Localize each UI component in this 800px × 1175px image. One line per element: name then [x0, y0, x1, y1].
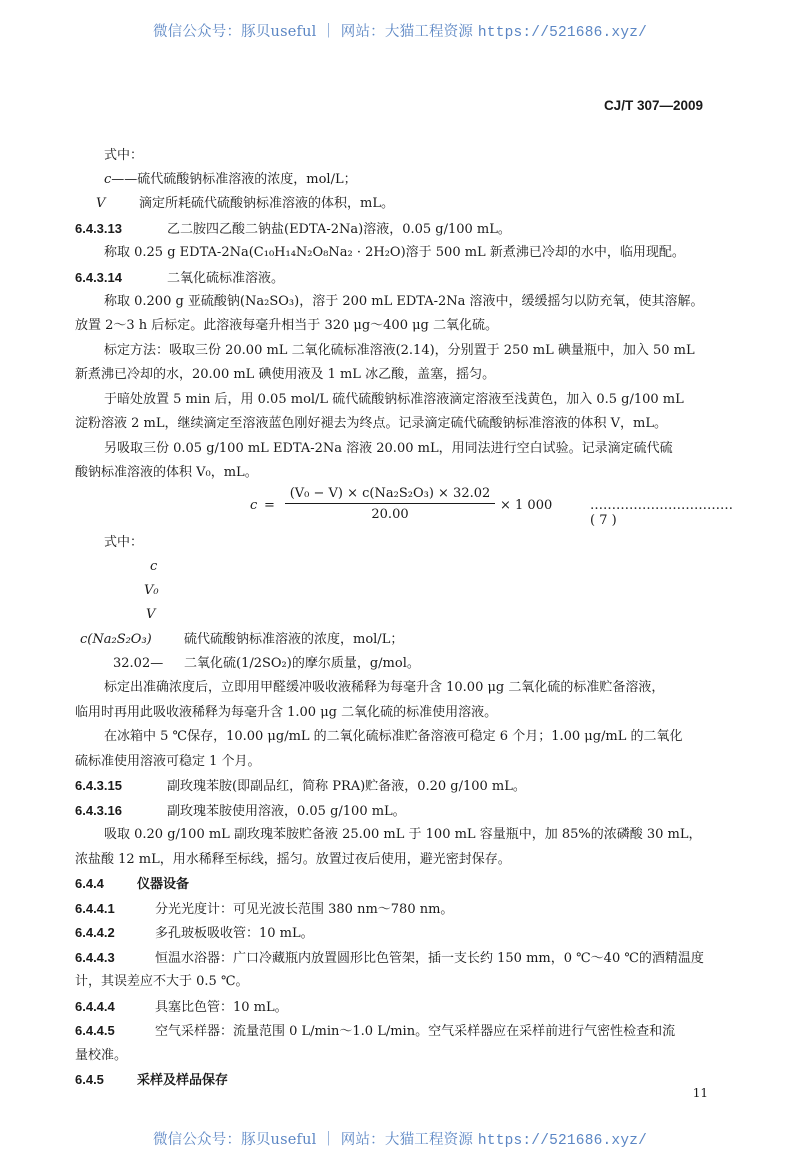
- watermark-url: https://521686.xyz/: [478, 1133, 647, 1149]
- section-6-4-4-1: 6.4.4.1分光光度计：可见光波长范围 380 nm～780 nm。: [75, 899, 725, 920]
- symbol: 32.02—: [113, 654, 163, 674]
- section-6-4-4-2: 6.4.4.2多孔玻板吸收管：10 mL。: [75, 923, 725, 944]
- watermark-text: 微信公众号：豚贝useful ｜ 网站：大猫工程资源: [153, 1132, 478, 1148]
- paragraph-line: 临用时再用此吸收液稀释为每毫升含 1.00 μg 二氧化硫的标准使用溶液。: [75, 703, 725, 723]
- formula-multiplier: × 1 000: [500, 498, 552, 513]
- symbol: V: [146, 605, 155, 625]
- paragraph-line: 标定方法：吸取三份 20.00 mL 二氧化硫标准溶液(2.14)，分别置于 2…: [104, 341, 754, 361]
- formula-numerator: (V₀ − V) × c(Na₂S₂O₃) × 32.02: [285, 486, 495, 504]
- section-title: 副玫瑰苯胺(即副品红，简称 PRA)贮备液，0.20 g/100 mL。: [167, 779, 526, 794]
- description: 滴定所耗硫代硫酸钠标准溶液的体积，mL。: [139, 196, 394, 211]
- section-title: 副玫瑰苯胺使用溶液，0.05 g/100 mL。: [167, 804, 406, 819]
- symbol: V₀: [144, 581, 159, 601]
- paragraph: 称取 0.25 g EDTA-2Na(C₁₀H₁₄N₂O₈Na₂ · 2H₂O)…: [104, 243, 754, 263]
- section-6-4-4-5: 6.4.4.5空气采样器：流量范围 0 L/min～1.0 L/min。空气采样…: [75, 1021, 725, 1042]
- section-number: 6.4.3.14: [75, 268, 167, 288]
- paragraph-line: 酸钠标准溶液的体积 V₀，mL。: [75, 463, 725, 483]
- section-6-4-4: 6.4.4仪器设备: [75, 874, 725, 895]
- section-title: 仪器设备: [137, 877, 189, 892]
- page-number: 11: [693, 1086, 708, 1100]
- section-6-4-3-13: 6.4.3.13乙二胺四乙酸二钠盐(EDTA-2Na)溶液，0.05 g/100…: [75, 219, 725, 240]
- where-item: c——硫代硫酸钠标准溶液的浓度，mol/L；: [104, 170, 754, 190]
- formula-number: ……………………………( 7 ): [590, 498, 733, 528]
- paragraph-line: 浓盐酸 12 mL，用水稀释至标线，摇匀。放置过夜后使用，避光密封保存。: [75, 850, 725, 870]
- watermark-url: https://521686.xyz/: [478, 25, 647, 41]
- symbol: c(Na₂S₂O₃): [80, 630, 152, 650]
- paragraph-line: 在冰箱中 5 ℃保存，10.00 μg/mL 的二氧化硫标准贮备溶液可稳定 6 …: [104, 727, 754, 747]
- section-number: 6.4.3.16: [75, 801, 167, 821]
- watermark-bottom: 微信公众号：豚贝useful ｜ 网站：大猫工程资源 https://52168…: [0, 1128, 800, 1149]
- section-title: 乙二胺四乙酸二钠盐(EDTA-2Na)溶液，0.05 g/100 mL。: [167, 222, 511, 237]
- paragraph-line: 标定出准确浓度后，立即用甲醛缓冲吸收液稀释为每毫升含 10.00 μg 二氧化硫…: [104, 678, 754, 698]
- section-text: 空气采样器：流量范围 0 L/min～1.0 L/min。空气采样器应在采样前进…: [155, 1024, 675, 1039]
- paragraph-line: 吸取 0.20 g/100 mL 副玫瑰苯胺贮备液 25.00 mL 于 100…: [104, 825, 754, 845]
- description: 硫代硫酸钠标准溶液的浓度，mol/L；: [184, 630, 403, 650]
- section-number: 6.4.4.1: [75, 899, 155, 919]
- section-number: 6.4.4.4: [75, 997, 155, 1017]
- formula-equals: =: [264, 498, 275, 513]
- section-text: 分光光度计：可见光波长范围 380 nm～780 nm。: [155, 902, 453, 917]
- symbol: c: [150, 557, 157, 577]
- section-text: 多孔玻板吸收管：10 mL。: [155, 926, 314, 941]
- paragraph-line: 称取 0.200 g 亚硫酸钠(Na₂SO₃)，溶于 200 mL EDTA-2…: [104, 292, 754, 312]
- section-number: 6.4.4: [75, 874, 137, 894]
- section-number: 6.4.4.5: [75, 1021, 155, 1041]
- section-title: 采样及样品保存: [137, 1073, 228, 1088]
- watermark-top: 微信公众号：豚贝useful ｜ 网站：大猫工程资源 https://52168…: [0, 20, 800, 41]
- where-label: 式中：: [104, 146, 754, 166]
- formula-7: c = (V₀ − V) × c(Na₂S₂O₃) × 32.02 20.00 …: [250, 486, 730, 526]
- paragraph-line: 淀粉溶液 2 mL，继续滴定至溶液蓝色刚好褪去为终点。记录滴定硫代硫酸钠标准溶液…: [75, 414, 725, 434]
- section-text: 恒温水浴器：广口冷藏瓶内放置圆形比色管架，插一支长约 150 mm，0 ℃～40…: [155, 951, 704, 966]
- section-6-4-3-15: 6.4.3.15副玫瑰苯胺(即副品红，简称 PRA)贮备液，0.20 g/100…: [75, 776, 725, 797]
- where-item: V滴定所耗硫代硫酸钠标准溶液的体积，mL。: [96, 194, 746, 214]
- paragraph-line: 计，其误差应不大于 0.5 ℃。: [75, 972, 725, 992]
- where-label: 式中：: [104, 533, 754, 553]
- section-number: 6.4.3.13: [75, 219, 167, 239]
- paragraph-line: 量校准。: [75, 1046, 725, 1066]
- standard-number: CJ/T 307—2009: [604, 98, 703, 113]
- section-6-4-4-4: 6.4.4.4具塞比色管：10 mL。: [75, 997, 725, 1018]
- section-6-4-3-16: 6.4.3.16副玫瑰苯胺使用溶液，0.05 g/100 mL。: [75, 801, 725, 822]
- separator: ——: [111, 172, 137, 187]
- section-6-4-3-14: 6.4.3.14二氧化硫标准溶液。: [75, 268, 725, 289]
- section-number: 6.4.4.3: [75, 948, 155, 968]
- section-6-4-4-3: 6.4.4.3恒温水浴器：广口冷藏瓶内放置圆形比色管架，插一支长约 150 mm…: [75, 948, 725, 969]
- symbol: V: [96, 194, 139, 214]
- paragraph-line: 另吸取三份 0.05 g/100 mL EDTA-2Na 溶液 20.00 mL…: [104, 439, 754, 459]
- formula-lhs: c: [250, 498, 257, 513]
- section-6-4-5: 6.4.5采样及样品保存: [75, 1070, 725, 1091]
- paragraph-line: 硫标准使用溶液可稳定 1 个月。: [75, 752, 725, 772]
- section-text: 具塞比色管：10 mL。: [155, 1000, 288, 1015]
- section-number: 6.4.5: [75, 1070, 137, 1090]
- description: 硫代硫酸钠标准溶液的浓度，mol/L；: [137, 172, 356, 187]
- description: 二氧化硫(1/2SO₂)的摩尔质量，g/mol。: [184, 654, 420, 674]
- paragraph-line: 新煮沸已冷却的水，20.00 mL 碘使用液及 1 mL 冰乙酸，盖塞，摇匀。: [75, 365, 725, 385]
- section-number: 6.4.3.15: [75, 776, 167, 796]
- paragraph-line: 于暗处放置 5 min 后，用 0.05 mol/L 硫代硫酸钠标准溶液滴定溶液…: [104, 390, 754, 410]
- formula-denominator: 20.00: [285, 507, 495, 522]
- section-number: 6.4.4.2: [75, 923, 155, 943]
- paragraph-line: 放置 2～3 h 后标定。此溶液每毫升相当于 320 μg～400 μg 二氧化…: [75, 316, 725, 336]
- watermark-text: 微信公众号：豚贝useful ｜ 网站：大猫工程资源: [153, 24, 478, 40]
- section-title: 二氧化硫标准溶液。: [167, 271, 284, 286]
